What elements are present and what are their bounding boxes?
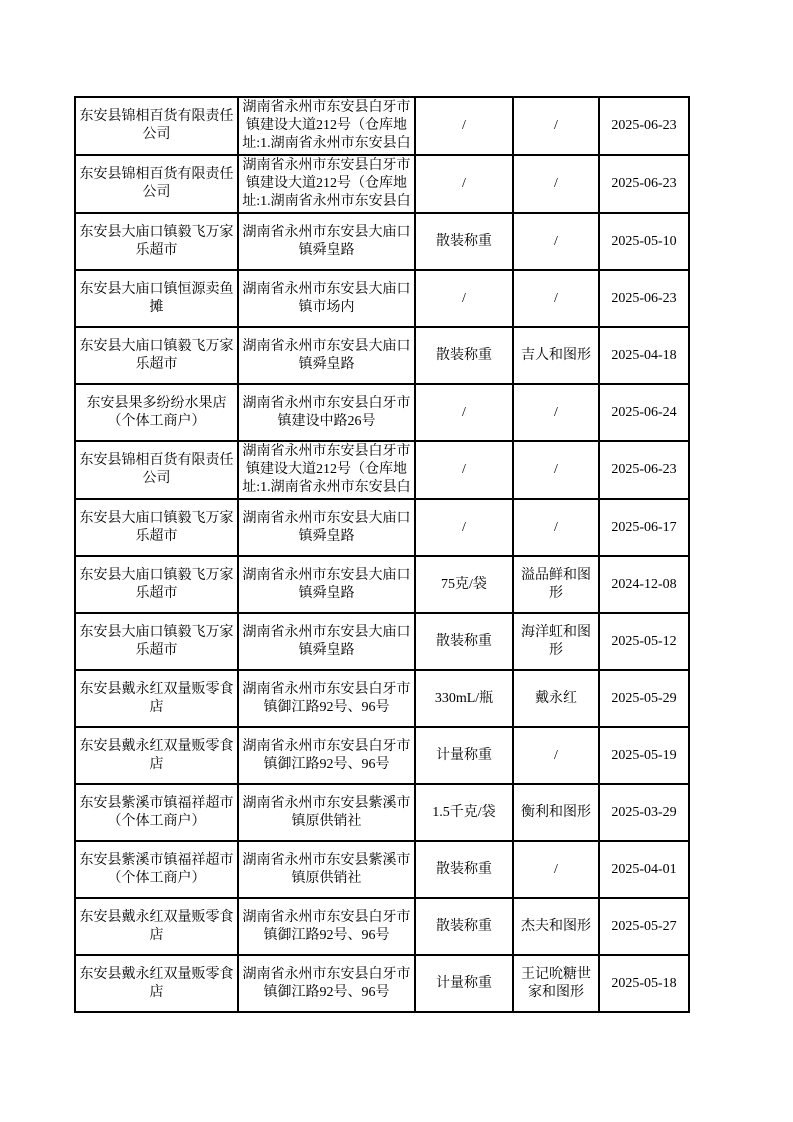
- document-page: 东安县锦相百货有限责任公司 湖南省永州市东安县白牙市镇建设大道212号（仓库地址…: [0, 0, 793, 1122]
- cell-spec: 散装称重: [415, 613, 513, 670]
- cell-address: 湖南省永州市东安县白牙市镇御江路92号、96号: [238, 955, 415, 1012]
- cell-date: 2024-12-08: [599, 556, 689, 613]
- cell-brand: 戴永红: [513, 670, 599, 727]
- table-row: 东安县戴永红双量贩零食店 湖南省永州市东安县白牙市镇御江路92号、96号 计量称…: [75, 955, 689, 1012]
- cell-date: 2025-06-23: [599, 155, 689, 213]
- cell-company: 东安县锦相百货有限责任公司: [75, 441, 238, 499]
- cell-company: 东安县戴永红双量贩零食店: [75, 955, 238, 1012]
- table-row: 东安县大庙口镇恒源卖鱼摊 湖南省永州市东安县大庙口镇市场内 / / 2025-0…: [75, 270, 689, 327]
- cell-brand: /: [513, 155, 599, 213]
- cell-brand: /: [513, 270, 599, 327]
- cell-address: 湖南省永州市东安县白牙市镇御江路92号、96号: [238, 898, 415, 955]
- table-row: 东安县大庙口镇毅飞万家乐超市 湖南省永州市东安县大庙口镇舜皇路 / / 2025…: [75, 499, 689, 556]
- records-table: 东安县锦相百货有限责任公司 湖南省永州市东安县白牙市镇建设大道212号（仓库地址…: [74, 96, 690, 1013]
- cell-spec: 计量称重: [415, 955, 513, 1012]
- cell-brand: 王记吮糖世家和图形: [513, 955, 599, 1012]
- cell-spec: 散装称重: [415, 841, 513, 898]
- cell-company: 东安县紫溪市镇福祥超市（个体工商户）: [75, 841, 238, 898]
- cell-date: 2025-03-29: [599, 784, 689, 841]
- cell-brand: /: [513, 384, 599, 441]
- cell-address: 湖南省永州市东安县白牙市镇建设中路26号: [238, 384, 415, 441]
- table-row: 东安县大庙口镇毅飞万家乐超市 湖南省永州市东安县大庙口镇舜皇路 散装称重 吉人和…: [75, 327, 689, 384]
- cell-company: 东安县锦相百货有限责任公司: [75, 97, 238, 155]
- cell-brand: /: [513, 213, 599, 270]
- table-row: 东安县大庙口镇毅飞万家乐超市 湖南省永州市东安县大庙口镇舜皇路 散装称重 / 2…: [75, 213, 689, 270]
- cell-spec: 计量称重: [415, 727, 513, 784]
- cell-address: 湖南省永州市东安县白牙市镇建设大道212号（仓库地址:1.湖南省永州市东安县白: [238, 441, 415, 499]
- cell-spec: 散装称重: [415, 327, 513, 384]
- cell-spec: /: [415, 155, 513, 213]
- cell-address: 湖南省永州市东安县白牙市镇建设大道212号（仓库地址:1.湖南省永州市东安县白: [238, 97, 415, 155]
- cell-address: 湖南省永州市东安县大庙口镇舜皇路: [238, 613, 415, 670]
- cell-address: 湖南省永州市东安县大庙口镇舜皇路: [238, 213, 415, 270]
- cell-company: 东安县大庙口镇毅飞万家乐超市: [75, 213, 238, 270]
- cell-date: 2025-05-29: [599, 670, 689, 727]
- cell-spec: 75克/袋: [415, 556, 513, 613]
- cell-spec: 1.5千克/袋: [415, 784, 513, 841]
- cell-brand: /: [513, 727, 599, 784]
- cell-company: 东安县戴永红双量贩零食店: [75, 727, 238, 784]
- table-row: 东安县紫溪市镇福祥超市（个体工商户） 湖南省永州市东安县紫溪市镇原供销社 散装称…: [75, 841, 689, 898]
- cell-spec: /: [415, 97, 513, 155]
- cell-date: 2025-05-18: [599, 955, 689, 1012]
- table-row: 东安县戴永红双量贩零食店 湖南省永州市东安县白牙市镇御江路92号、96号 计量称…: [75, 727, 689, 784]
- cell-brand: 杰夫和图形: [513, 898, 599, 955]
- table-row: 东安县果多纷纷水果店（个体工商户） 湖南省永州市东安县白牙市镇建设中路26号 /…: [75, 384, 689, 441]
- cell-brand: 吉人和图形: [513, 327, 599, 384]
- cell-brand: /: [513, 499, 599, 556]
- cell-date: 2025-06-23: [599, 97, 689, 155]
- cell-spec: 散装称重: [415, 213, 513, 270]
- cell-date: 2025-05-12: [599, 613, 689, 670]
- table-row: 东安县戴永红双量贩零食店 湖南省永州市东安县白牙市镇御江路92号、96号 散装称…: [75, 898, 689, 955]
- table-row: 东安县戴永红双量贩零食店 湖南省永州市东安县白牙市镇御江路92号、96号 330…: [75, 670, 689, 727]
- cell-date: 2025-04-01: [599, 841, 689, 898]
- cell-brand: /: [513, 97, 599, 155]
- cell-date: 2025-05-19: [599, 727, 689, 784]
- cell-brand: /: [513, 841, 599, 898]
- cell-company: 东安县大庙口镇毅飞万家乐超市: [75, 556, 238, 613]
- cell-company: 东安县紫溪市镇福祥超市（个体工商户）: [75, 784, 238, 841]
- cell-address: 湖南省永州市东安县紫溪市镇原供销社: [238, 784, 415, 841]
- cell-date: 2025-05-27: [599, 898, 689, 955]
- cell-address: 湖南省永州市东安县大庙口镇舜皇路: [238, 556, 415, 613]
- cell-company: 东安县大庙口镇毅飞万家乐超市: [75, 499, 238, 556]
- table-row: 东安县大庙口镇毅飞万家乐超市 湖南省永州市东安县大庙口镇舜皇路 散装称重 海洋虹…: [75, 613, 689, 670]
- cell-address: 湖南省永州市东安县白牙市镇御江路92号、96号: [238, 670, 415, 727]
- cell-date: 2025-05-10: [599, 213, 689, 270]
- table-row: 东安县大庙口镇毅飞万家乐超市 湖南省永州市东安县大庙口镇舜皇路 75克/袋 溢品…: [75, 556, 689, 613]
- cell-brand: 海洋虹和图形: [513, 613, 599, 670]
- cell-date: 2025-06-17: [599, 499, 689, 556]
- cell-company: 东安县大庙口镇毅飞万家乐超市: [75, 613, 238, 670]
- table-row: 东安县紫溪市镇福祥超市（个体工商户） 湖南省永州市东安县紫溪市镇原供销社 1.5…: [75, 784, 689, 841]
- cell-spec: /: [415, 270, 513, 327]
- table-row: 东安县锦相百货有限责任公司 湖南省永州市东安县白牙市镇建设大道212号（仓库地址…: [75, 97, 689, 155]
- cell-company: 东安县大庙口镇恒源卖鱼摊: [75, 270, 238, 327]
- cell-company: 东安县果多纷纷水果店（个体工商户）: [75, 384, 238, 441]
- cell-address: 湖南省永州市东安县白牙市镇建设大道212号（仓库地址:1.湖南省永州市东安县白: [238, 155, 415, 213]
- cell-spec: 散装称重: [415, 898, 513, 955]
- cell-company: 东安县戴永红双量贩零食店: [75, 898, 238, 955]
- cell-spec: /: [415, 441, 513, 499]
- cell-address: 湖南省永州市东安县大庙口镇舜皇路: [238, 499, 415, 556]
- cell-spec: /: [415, 499, 513, 556]
- table-row: 东安县锦相百货有限责任公司 湖南省永州市东安县白牙市镇建设大道212号（仓库地址…: [75, 441, 689, 499]
- cell-date: 2025-06-24: [599, 384, 689, 441]
- cell-company: 东安县锦相百货有限责任公司: [75, 155, 238, 213]
- table-row: 东安县锦相百货有限责任公司 湖南省永州市东安县白牙市镇建设大道212号（仓库地址…: [75, 155, 689, 213]
- cell-date: 2025-06-23: [599, 270, 689, 327]
- cell-date: 2025-04-18: [599, 327, 689, 384]
- cell-company: 东安县大庙口镇毅飞万家乐超市: [75, 327, 238, 384]
- cell-address: 湖南省永州市东安县大庙口镇市场内: [238, 270, 415, 327]
- cell-address: 湖南省永州市东安县白牙市镇御江路92号、96号: [238, 727, 415, 784]
- cell-date: 2025-06-23: [599, 441, 689, 499]
- cell-address: 湖南省永州市东安县紫溪市镇原供销社: [238, 841, 415, 898]
- cell-brand: /: [513, 441, 599, 499]
- cell-spec: 330mL/瓶: [415, 670, 513, 727]
- cell-brand: 衡利和图形: [513, 784, 599, 841]
- cell-address: 湖南省永州市东安县大庙口镇舜皇路: [238, 327, 415, 384]
- cell-company: 东安县戴永红双量贩零食店: [75, 670, 238, 727]
- cell-spec: /: [415, 384, 513, 441]
- cell-brand: 溢品鲜和图形: [513, 556, 599, 613]
